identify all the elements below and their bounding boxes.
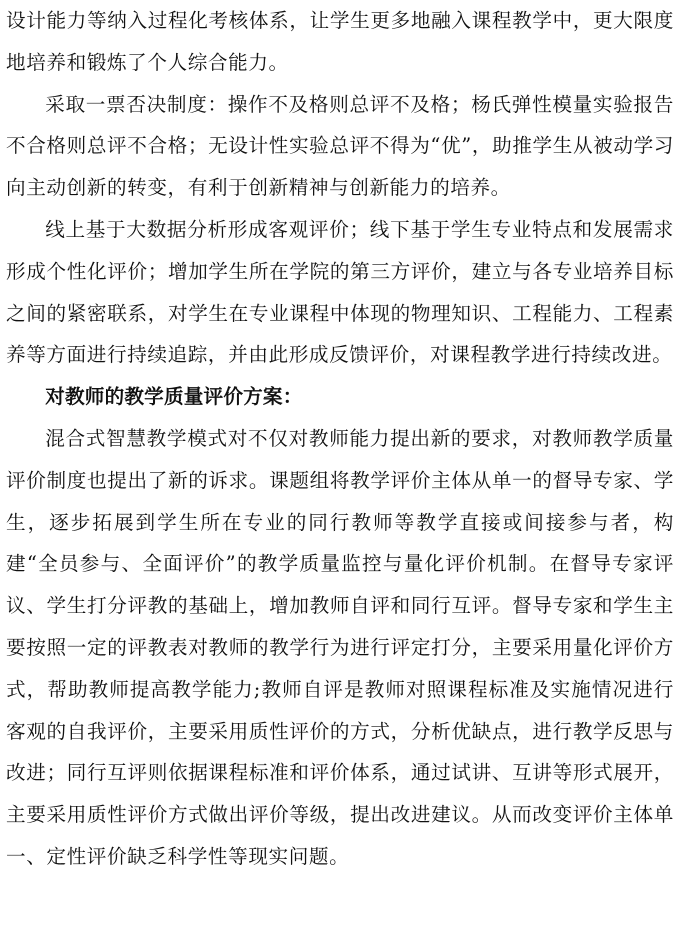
paragraph-veto-system: 采取一票否决制度：操作不及格则总评不及格；杨氏弹性模量实验报告不合格则总评不合格… [6,84,674,209]
document-page: 设计能力等纳入过程化考核体系，让学生更多地融入课程教学中，更大限度地培养和锻炼了… [6,0,674,878]
paragraph-continuation: 设计能力等纳入过程化考核体系，让学生更多地融入课程教学中，更大限度地培养和锻炼了… [6,0,674,84]
section-heading-teacher-evaluation: 对教师的教学质量评价方案： [6,376,674,418]
paragraph-teacher-evaluation: 混合式智慧教学模式对不仅对教师能力提出新的要求，对教师教学质量评价制度也提出了新… [6,418,674,878]
paragraph-online-offline-evaluation: 线上基于大数据分析形成客观评价；线下基于学生专业特点和发展需求形成个性化评价；增… [6,209,674,376]
